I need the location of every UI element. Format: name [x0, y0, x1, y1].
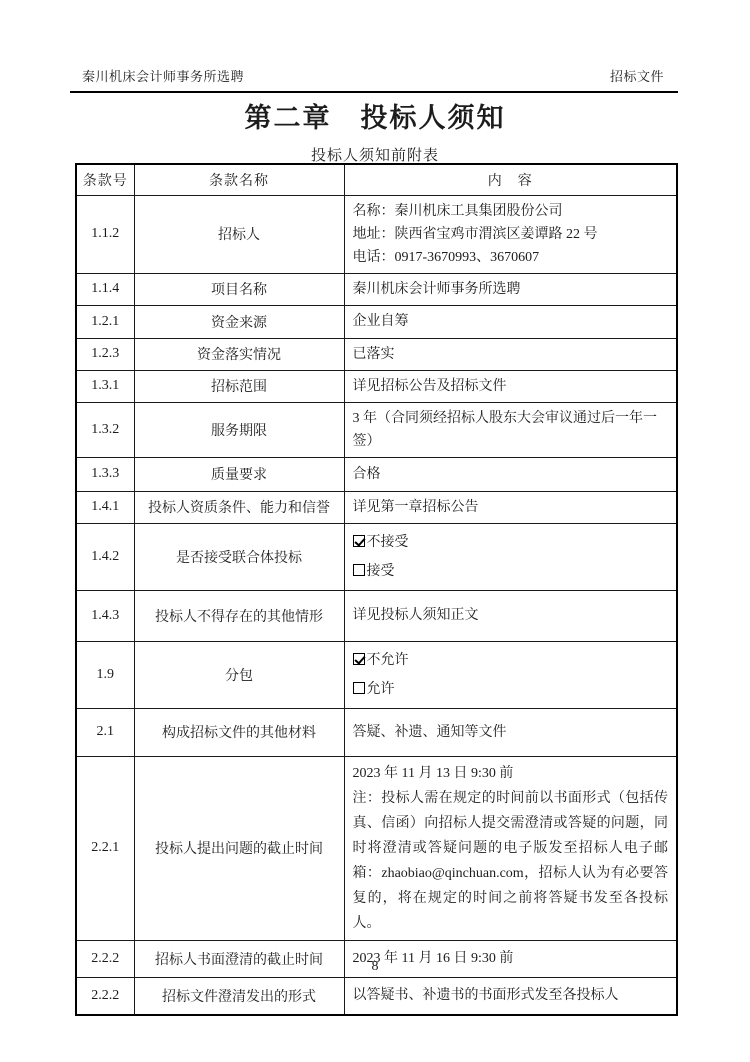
table-row: 2.1构成招标文件的其他材料答疑、补遗、通知等文件	[76, 708, 677, 756]
document-page: 秦川机床会计师事务所选聘 招标文件 第二章 投标人须知 投标人须知前附表 条款号…	[0, 0, 750, 1062]
checkbox-option-line: 允许	[353, 675, 669, 704]
clause-name-cell: 招标文件澄清发出的形式	[134, 977, 344, 1015]
content-line: 秦川机床会计师事务所选聘	[353, 278, 669, 301]
clause-name-cell: 招标人	[134, 195, 344, 273]
table-row: 1.2.1资金来源企业自筹	[76, 305, 677, 338]
content-line: 2023 年 11 月 13 日 9:30 前	[353, 761, 669, 786]
checkbox-checked-icon	[353, 535, 365, 547]
content-line: 企业自筹	[353, 310, 669, 333]
content-cell: 2023 年 11 月 13 日 9:30 前注：投标人需在规定的时间前以书面形…	[344, 756, 677, 940]
clause-no-cell: 1.2.1	[76, 305, 134, 338]
clause-name-cell: 构成招标文件的其他材料	[134, 708, 344, 756]
table-row: 1.2.3资金落实情况已落实	[76, 338, 677, 370]
content-line: 详见投标人须知正文	[353, 604, 669, 627]
table-row: 1.1.2招标人名称：秦川机床工具集团股份公司地址：陕西省宝鸡市渭滨区姜谭路 2…	[76, 195, 677, 273]
table-row: 1.4.1投标人资质条件、能力和信誉详见第一章招标公告	[76, 491, 677, 523]
header-right-text: 招标文件	[610, 66, 664, 85]
col-header-content: 内 容	[344, 164, 677, 195]
clause-name-cell: 项目名称	[134, 273, 344, 305]
content-cell: 名称：秦川机床工具集团股份公司地址：陕西省宝鸡市渭滨区姜谭路 22 号电话：09…	[344, 195, 677, 273]
clause-name-cell: 服务期限	[134, 402, 344, 457]
col-header-clause-no: 条款号	[76, 164, 134, 195]
clause-no-cell: 2.2.1	[76, 756, 134, 940]
table-subtitle: 投标人须知前附表	[0, 144, 750, 165]
clause-no-cell: 1.4.1	[76, 491, 134, 523]
clause-no-cell: 1.4.2	[76, 523, 134, 590]
content-cell: 以答疑书、补遗书的书面形式发至各投标人	[344, 977, 677, 1015]
content-cell: 答疑、补遗、通知等文件	[344, 708, 677, 756]
checkbox-unchecked-icon	[353, 682, 365, 694]
header-left-text: 秦川机床会计师事务所选聘	[82, 66, 244, 85]
content-paragraph: 注：投标人需在规定的时间前以书面形式（包括传真、信函）向招标人提交需澄清或答疑的…	[353, 786, 669, 936]
clause-name-cell: 投标人资质条件、能力和信誉	[134, 491, 344, 523]
clause-name-cell: 资金落实情况	[134, 338, 344, 370]
page-number: 8	[0, 959, 750, 975]
table-row: 1.3.2服务期限3 年（合同须经招标人股东大会审议通过后一年一签）	[76, 402, 677, 457]
content-cell: 详见第一章招标公告	[344, 491, 677, 523]
clause-no-cell: 2.1	[76, 708, 134, 756]
content-cell: 秦川机床会计师事务所选聘	[344, 273, 677, 305]
content-cell: 详见投标人须知正文	[344, 590, 677, 641]
checkbox-unchecked-icon	[353, 564, 365, 576]
checkbox-option-label: 接受	[367, 564, 395, 579]
clause-name-cell: 招标范围	[134, 370, 344, 402]
content-line: 详见第一章招标公告	[353, 496, 669, 519]
content-cell: 已落实	[344, 338, 677, 370]
clause-name-cell: 投标人不得存在的其他情形	[134, 590, 344, 641]
checkbox-option-line: 不允许	[353, 646, 669, 675]
clause-no-cell: 1.2.3	[76, 338, 134, 370]
table-row: 2.2.1投标人提出问题的截止时间2023 年 11 月 13 日 9:30 前…	[76, 756, 677, 940]
clause-name-cell: 投标人提出问题的截止时间	[134, 756, 344, 940]
checkbox-option-label: 不接受	[367, 535, 409, 550]
content-line: 名称：秦川机床工具集团股份公司	[353, 200, 669, 223]
checkbox-option-line: 接受	[353, 557, 669, 586]
clause-no-cell: 1.3.3	[76, 457, 134, 491]
chapter-title: 第二章 投标人须知	[0, 96, 750, 135]
content-cell: 不接受接受	[344, 523, 677, 590]
clause-name-cell: 是否接受联合体投标	[134, 523, 344, 590]
table-row: 2.2.2招标文件澄清发出的形式以答疑书、补遗书的书面形式发至各投标人	[76, 977, 677, 1015]
table-row: 1.3.1招标范围详见招标公告及招标文件	[76, 370, 677, 402]
clause-no-cell: 1.3.1	[76, 370, 134, 402]
table-header-row: 条款号 条款名称 内 容	[76, 164, 677, 195]
clause-name-cell: 质量要求	[134, 457, 344, 491]
clause-no-cell: 1.1.4	[76, 273, 134, 305]
col-header-clause-name: 条款名称	[134, 164, 344, 195]
clause-name-cell: 资金来源	[134, 305, 344, 338]
clause-no-cell: 1.4.3	[76, 590, 134, 641]
table-row: 1.1.4项目名称秦川机床会计师事务所选聘	[76, 273, 677, 305]
clause-no-cell: 2.2.2	[76, 977, 134, 1015]
content-cell: 3 年（合同须经招标人股东大会审议通过后一年一签）	[344, 402, 677, 457]
content-line: 合格	[353, 463, 669, 486]
header-rule	[70, 91, 678, 93]
clause-name-cell: 分包	[134, 641, 344, 708]
bidder-notice-table: 条款号 条款名称 内 容 1.1.2招标人名称：秦川机床工具集团股份公司地址：陕…	[75, 163, 678, 1016]
table-row: 1.4.3投标人不得存在的其他情形详见投标人须知正文	[76, 590, 677, 641]
content-line: 答疑、补遗、通知等文件	[353, 721, 669, 744]
content-line: 3 年（合同须经招标人股东大会审议通过后一年一签）	[353, 407, 669, 453]
content-cell: 不允许允许	[344, 641, 677, 708]
table-row: 1.9分包不允许允许	[76, 641, 677, 708]
checkbox-checked-icon	[353, 653, 365, 665]
content-cell: 详见招标公告及招标文件	[344, 370, 677, 402]
table-row: 1.3.3质量要求合格	[76, 457, 677, 491]
checkbox-option-label: 允许	[367, 682, 395, 697]
clause-no-cell: 1.1.2	[76, 195, 134, 273]
clause-no-cell: 1.3.2	[76, 402, 134, 457]
content-line: 地址：陕西省宝鸡市渭滨区姜谭路 22 号	[353, 223, 669, 246]
table-row: 1.4.2是否接受联合体投标不接受接受	[76, 523, 677, 590]
content-line: 已落实	[353, 343, 669, 366]
checkbox-option-label: 不允许	[367, 653, 409, 668]
content-cell: 合格	[344, 457, 677, 491]
content-line: 以答疑书、补遗书的书面形式发至各投标人	[353, 984, 669, 1007]
clause-no-cell: 1.9	[76, 641, 134, 708]
content-line: 电话：0917-3670993、3670607	[353, 246, 669, 269]
page-header: 秦川机床会计师事务所选聘 招标文件	[82, 66, 664, 85]
checkbox-option-line: 不接受	[353, 528, 669, 557]
content-line: 详见招标公告及招标文件	[353, 375, 669, 398]
content-cell: 企业自筹	[344, 305, 677, 338]
